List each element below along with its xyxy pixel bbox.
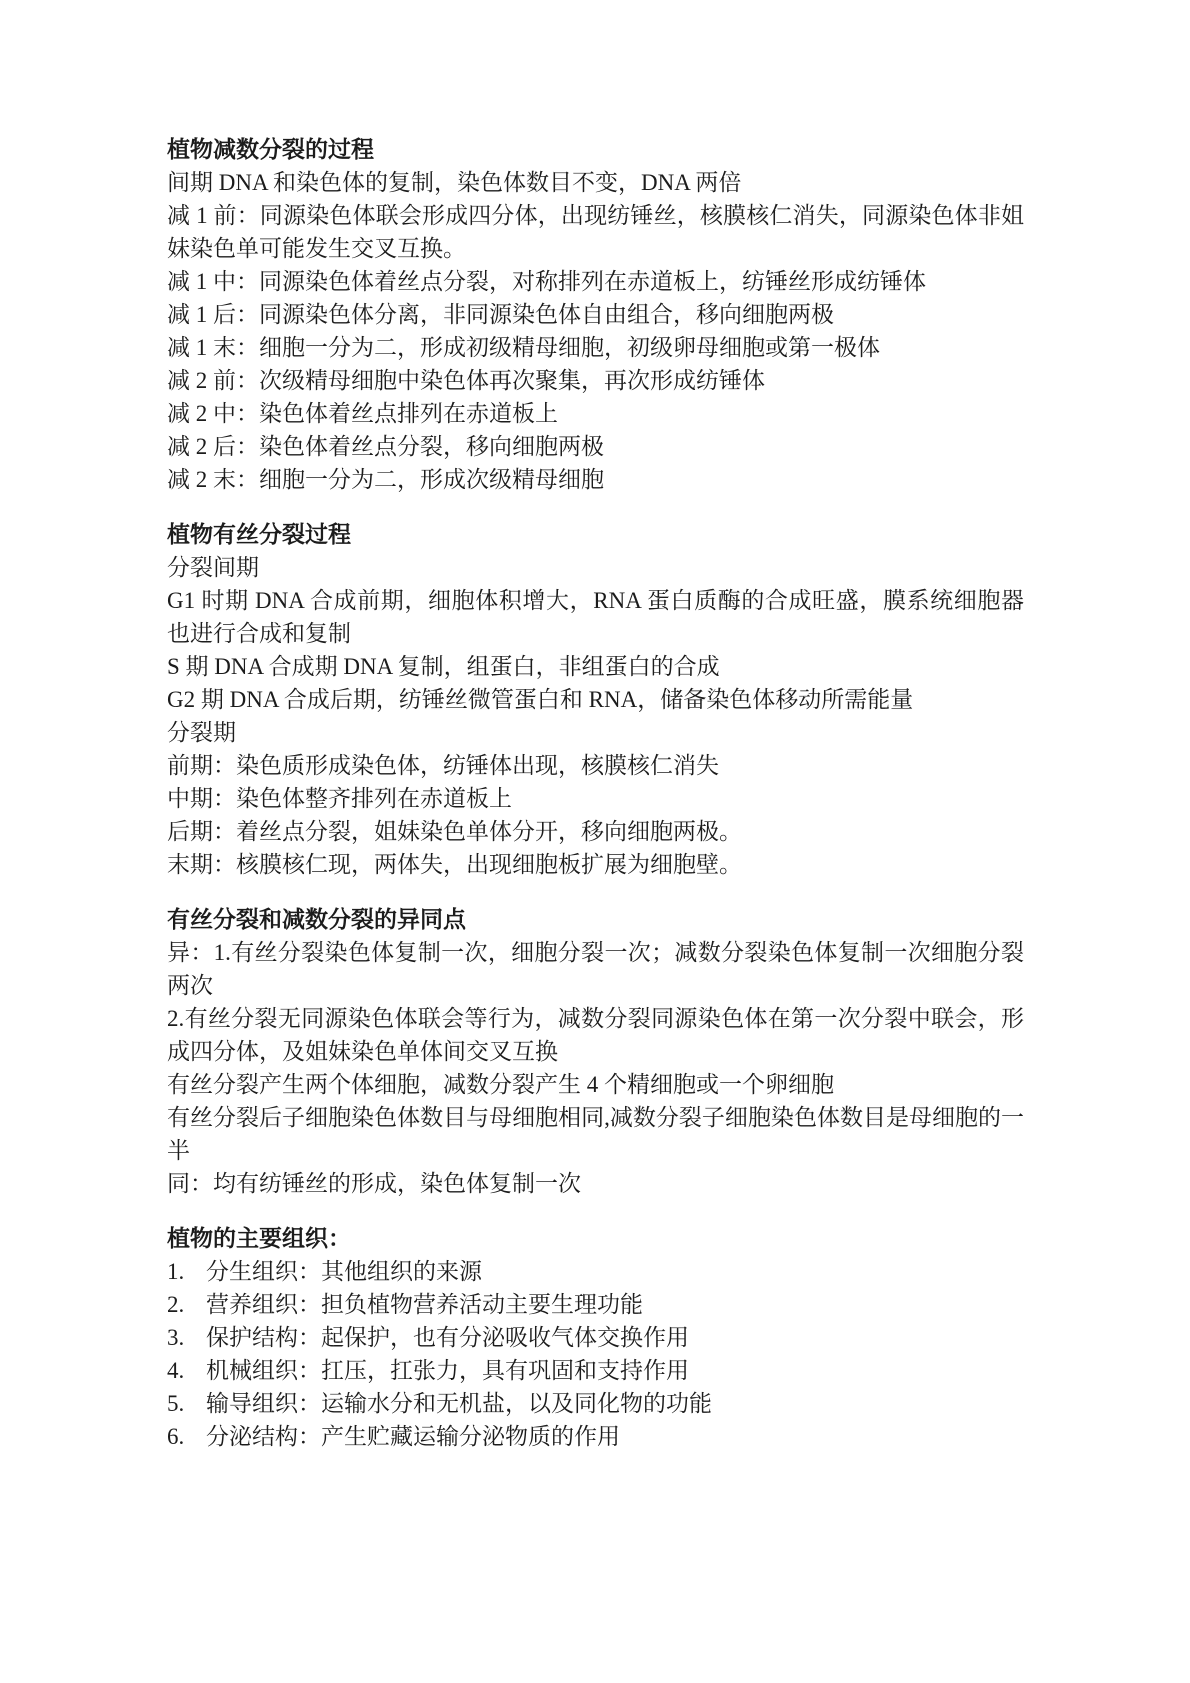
list-item-number: 4. [167,1354,206,1387]
list-item-text: 输导组织：运输水分和无机盐，以及同化物的功能 [206,1387,1024,1420]
paragraph-mitosis-prophase: 前期：染色质形成染色体，纺锤体出现，核膜核仁消失 [167,749,1024,782]
section-title-plant-mitosis: 植物有丝分裂过程 [167,518,1024,551]
paragraph-meiosis1-metaphase: 减 1 中：同源染色体着丝点分裂，对称排列在赤道板上，纺锤丝形成纺锤体 [167,265,1024,298]
paragraph-mitosis-s-phase: S 期 DNA 合成期 DNA 复制，组蛋白，非组蛋白的合成 [167,650,1024,683]
paragraph-meiosis-interphase: 间期 DNA 和染色体的复制，染色体数目不变，DNA 两倍 [167,166,1024,199]
list-item-text: 营养组织：担负植物营养活动主要生理功能 [206,1288,1024,1321]
list-item-text: 保护结构：起保护，也有分泌吸收气体交换作用 [206,1321,1024,1354]
paragraph-meiosis2-telophase: 减 2 末：细胞一分为二，形成次级精母细胞 [167,463,1024,496]
paragraph-meiosis2-metaphase: 减 2 中：染色体着丝点排列在赤道板上 [167,397,1024,430]
section-mitosis-meiosis-comparison: 有丝分裂和减数分裂的异同点 异：1.有丝分裂染色体复制一次，细胞分裂一次；减数分… [167,903,1024,1200]
list-item-text: 分生组织：其他组织的来源 [206,1255,1024,1288]
paragraph-similarity: 同：均有纺锤丝的形成，染色体复制一次 [167,1167,1024,1200]
list-item-number: 6. [167,1420,206,1453]
list-item-number: 2. [167,1288,206,1321]
paragraph-mitosis-interphase-label: 分裂间期 [167,551,1024,584]
list-item-nutritive-tissue: 2. 营养组织：担负植物营养活动主要生理功能 [167,1288,1024,1321]
section-title-plant-meiosis: 植物减数分裂的过程 [167,133,1024,166]
paragraph-mitosis-telophase: 末期：核膜核仁现，两体失，出现细胞板扩展为细胞壁。 [167,848,1024,881]
section-title-comparison: 有丝分裂和减数分裂的异同点 [167,903,1024,936]
list-item-number: 1. [167,1255,206,1288]
list-item-text: 分泌结构：产生贮藏运输分泌物质的作用 [206,1420,1024,1453]
paragraph-meiosis2-anaphase: 减 2 后：染色体着丝点分裂，移向细胞两极 [167,430,1024,463]
paragraph-difference-1: 异：1.有丝分裂染色体复制一次，细胞分裂一次；减数分裂染色体复制一次细胞分裂两次 [167,936,1024,1002]
list-item-number: 5. [167,1387,206,1420]
list-item-conducting-tissue: 5. 输导组织：运输水分和无机盐，以及同化物的功能 [167,1387,1024,1420]
list-item-number: 3. [167,1321,206,1354]
list-item-protective-structure: 3. 保护结构：起保护，也有分泌吸收气体交换作用 [167,1321,1024,1354]
paragraph-difference-4: 有丝分裂后子细胞染色体数目与母细胞相同,减数分裂子细胞染色体数目是母细胞的一半 [167,1101,1024,1167]
paragraph-meiosis1-prophase: 减 1 前：同源染色体联会形成四分体，出现纺锤丝，核膜核仁消失，同源染色体非姐妹… [167,199,1024,265]
list-item-secretory-structure: 6. 分泌结构：产生贮藏运输分泌物质的作用 [167,1420,1024,1453]
list-item-mechanical-tissue: 4. 机械组织：扛压，扛张力，具有巩固和支持作用 [167,1354,1024,1387]
list-item-text: 机械组织：扛压，扛张力，具有巩固和支持作用 [206,1354,1024,1387]
paragraph-mitosis-g1-phase: G1 时期 DNA 合成前期，细胞体积增大，RNA 蛋白质酶的合成旺盛，膜系统细… [167,584,1024,650]
paragraph-difference-2: 2.有丝分裂无同源染色体联会等行为，减数分裂同源染色体在第一次分裂中联会，形成四… [167,1002,1024,1068]
paragraph-meiosis1-anaphase: 减 1 后：同源染色体分离，非同源染色体自由组合，移向细胞两极 [167,298,1024,331]
paragraph-mitosis-g2-phase: G2 期 DNA 合成后期，纺锤丝微管蛋白和 RNA，储备染色体移动所需能量 [167,683,1024,716]
paragraph-meiosis1-telophase: 减 1 末：细胞一分为二，形成初级精母细胞，初级卵母细胞或第一极体 [167,331,1024,364]
paragraph-difference-3: 有丝分裂产生两个体细胞，减数分裂产生 4 个精细胞或一个卵细胞 [167,1068,1024,1101]
paragraph-meiosis2-prophase: 减 2 前：次级精母细胞中染色体再次聚集，再次形成纺锤体 [167,364,1024,397]
section-plant-meiosis-process: 植物减数分裂的过程 间期 DNA 和染色体的复制，染色体数目不变，DNA 两倍 … [167,133,1024,496]
paragraph-mitosis-anaphase: 后期：着丝点分裂，姐妹染色单体分开，移向细胞两极。 [167,815,1024,848]
paragraph-mitosis-metaphase: 中期：染色体整齐排列在赤道板上 [167,782,1024,815]
section-plant-mitosis-process: 植物有丝分裂过程 分裂间期 G1 时期 DNA 合成前期，细胞体积增大，RNA … [167,518,1024,881]
section-plant-main-tissues: 植物的主要组织： 1. 分生组织：其他组织的来源 2. 营养组织：担负植物营养活… [167,1222,1024,1453]
paragraph-mitosis-division-label: 分裂期 [167,716,1024,749]
section-title-plant-tissues: 植物的主要组织： [167,1222,1024,1255]
list-item-meristem: 1. 分生组织：其他组织的来源 [167,1255,1024,1288]
document-page: 植物减数分裂的过程 间期 DNA 和染色体的复制，染色体数目不变，DNA 两倍 … [0,0,1190,1683]
